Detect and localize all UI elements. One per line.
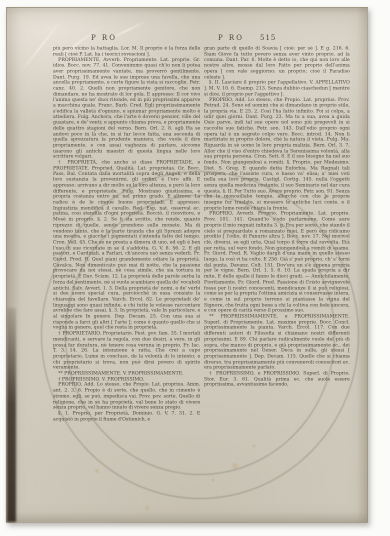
paragraph: † PROPRIISSIMO, e PROPRISSIMO. Superl. d… [204,371,350,388]
paragraph: §. II. Lasciare il proprio per l'appella… [204,80,350,97]
text-column-right-content: gran parte di quello di Soavia [ cioè: p… [204,46,350,388]
page-scan: P RO P RO 515 più però vicino la battagl… [6,7,368,523]
scanned-book-image: P RO P RO 515 più però vicino la battagl… [0,0,390,536]
paragraph: † PROPRIETARIO. Proprietario. Fest. gov.… [53,331,200,371]
running-head-right: P RO [218,34,244,42]
paragraph: ** PROPRIISSIMAMENTE, e PROPRISSIMAMENTE… [204,314,350,371]
paragraph: più però vicino la battaglia. Lor. M. Il… [53,46,200,57]
paragraph: gran parte di quello di Soavia [ cioè: p… [204,46,350,80]
paragraph: PROPRIO, Add. Lo stesso, che Propio. Lat… [53,382,200,411]
paragraph: §. 1. Proprio, per Proprietà, Dominio. G… [53,411,200,422]
text-column-left: più però vicino la battaglia. Lor. M. Il… [53,46,200,434]
running-head-left: P RO [91,34,117,42]
paragraph: ** PROPRIISSIMAMENTE. V. PROPRISSIMAMENT… [53,371,200,377]
page-number: 515 [260,34,276,42]
binding-shadow [7,308,16,522]
paragraph: PROPRIAMENTE, Avverb. Propriamente. Lat.… [53,57,200,160]
paragraph: † PROPRIETÀ, che anche si disse PROPRIET… [53,160,200,331]
text-column-right: gran parte di quello di Soavia [ cioè: p… [204,46,350,434]
paragraph: PROPRIO, Avverb. Proprio, Propriamente. … [204,211,350,314]
text-column-left-content: più però vicino la battaglia. Lor. M. Il… [53,46,200,422]
paragraph: PROPRIO, Add. Lo stesso, che Propio. Lat… [204,97,350,211]
